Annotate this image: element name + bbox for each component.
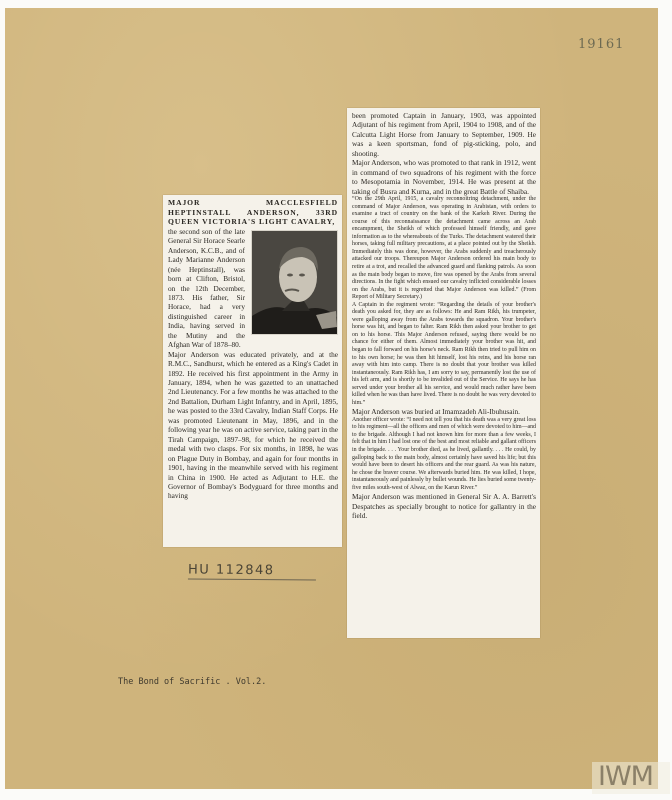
portrait-photo: [251, 230, 338, 335]
military-report-quote: “On the 29th April, 1915, a cavalry reco…: [352, 196, 536, 302]
captain-letter-quote: A Captain in the regiment wrote: “Regard…: [352, 302, 536, 408]
newspaper-clipping-left: Major Macclesfield Heptinstall Anderson,…: [163, 195, 342, 547]
obituary-headline: Major Macclesfield Heptinstall Anderson,…: [168, 198, 338, 227]
biography-paragraph: Major Anderson, who was promoted to that…: [352, 158, 536, 196]
biography-paragraph: been promoted Captain in January, 1903, …: [352, 111, 536, 158]
source-caption: The Bond of Sacrific . Vol.2.: [118, 677, 266, 687]
iwm-watermark: IWM: [592, 762, 670, 794]
watermark-text: IWM: [598, 761, 653, 792]
officer-letter-quote: Another officer wrote: “I need not tell …: [352, 417, 536, 492]
biography-paragraph: Major Anderson was educated privately, a…: [168, 350, 338, 501]
portrait-icon: [252, 231, 337, 334]
despatches-note: Major Anderson was mentioned in General …: [352, 492, 536, 520]
newspaper-clipping-right: been promoted Captain in January, 1903, …: [347, 108, 540, 638]
burial-note: Major Anderson was buried at Imamzadeh A…: [352, 407, 536, 416]
reference-number: 19161: [578, 37, 624, 52]
handwritten-call-number: HU 112848: [188, 562, 316, 580]
